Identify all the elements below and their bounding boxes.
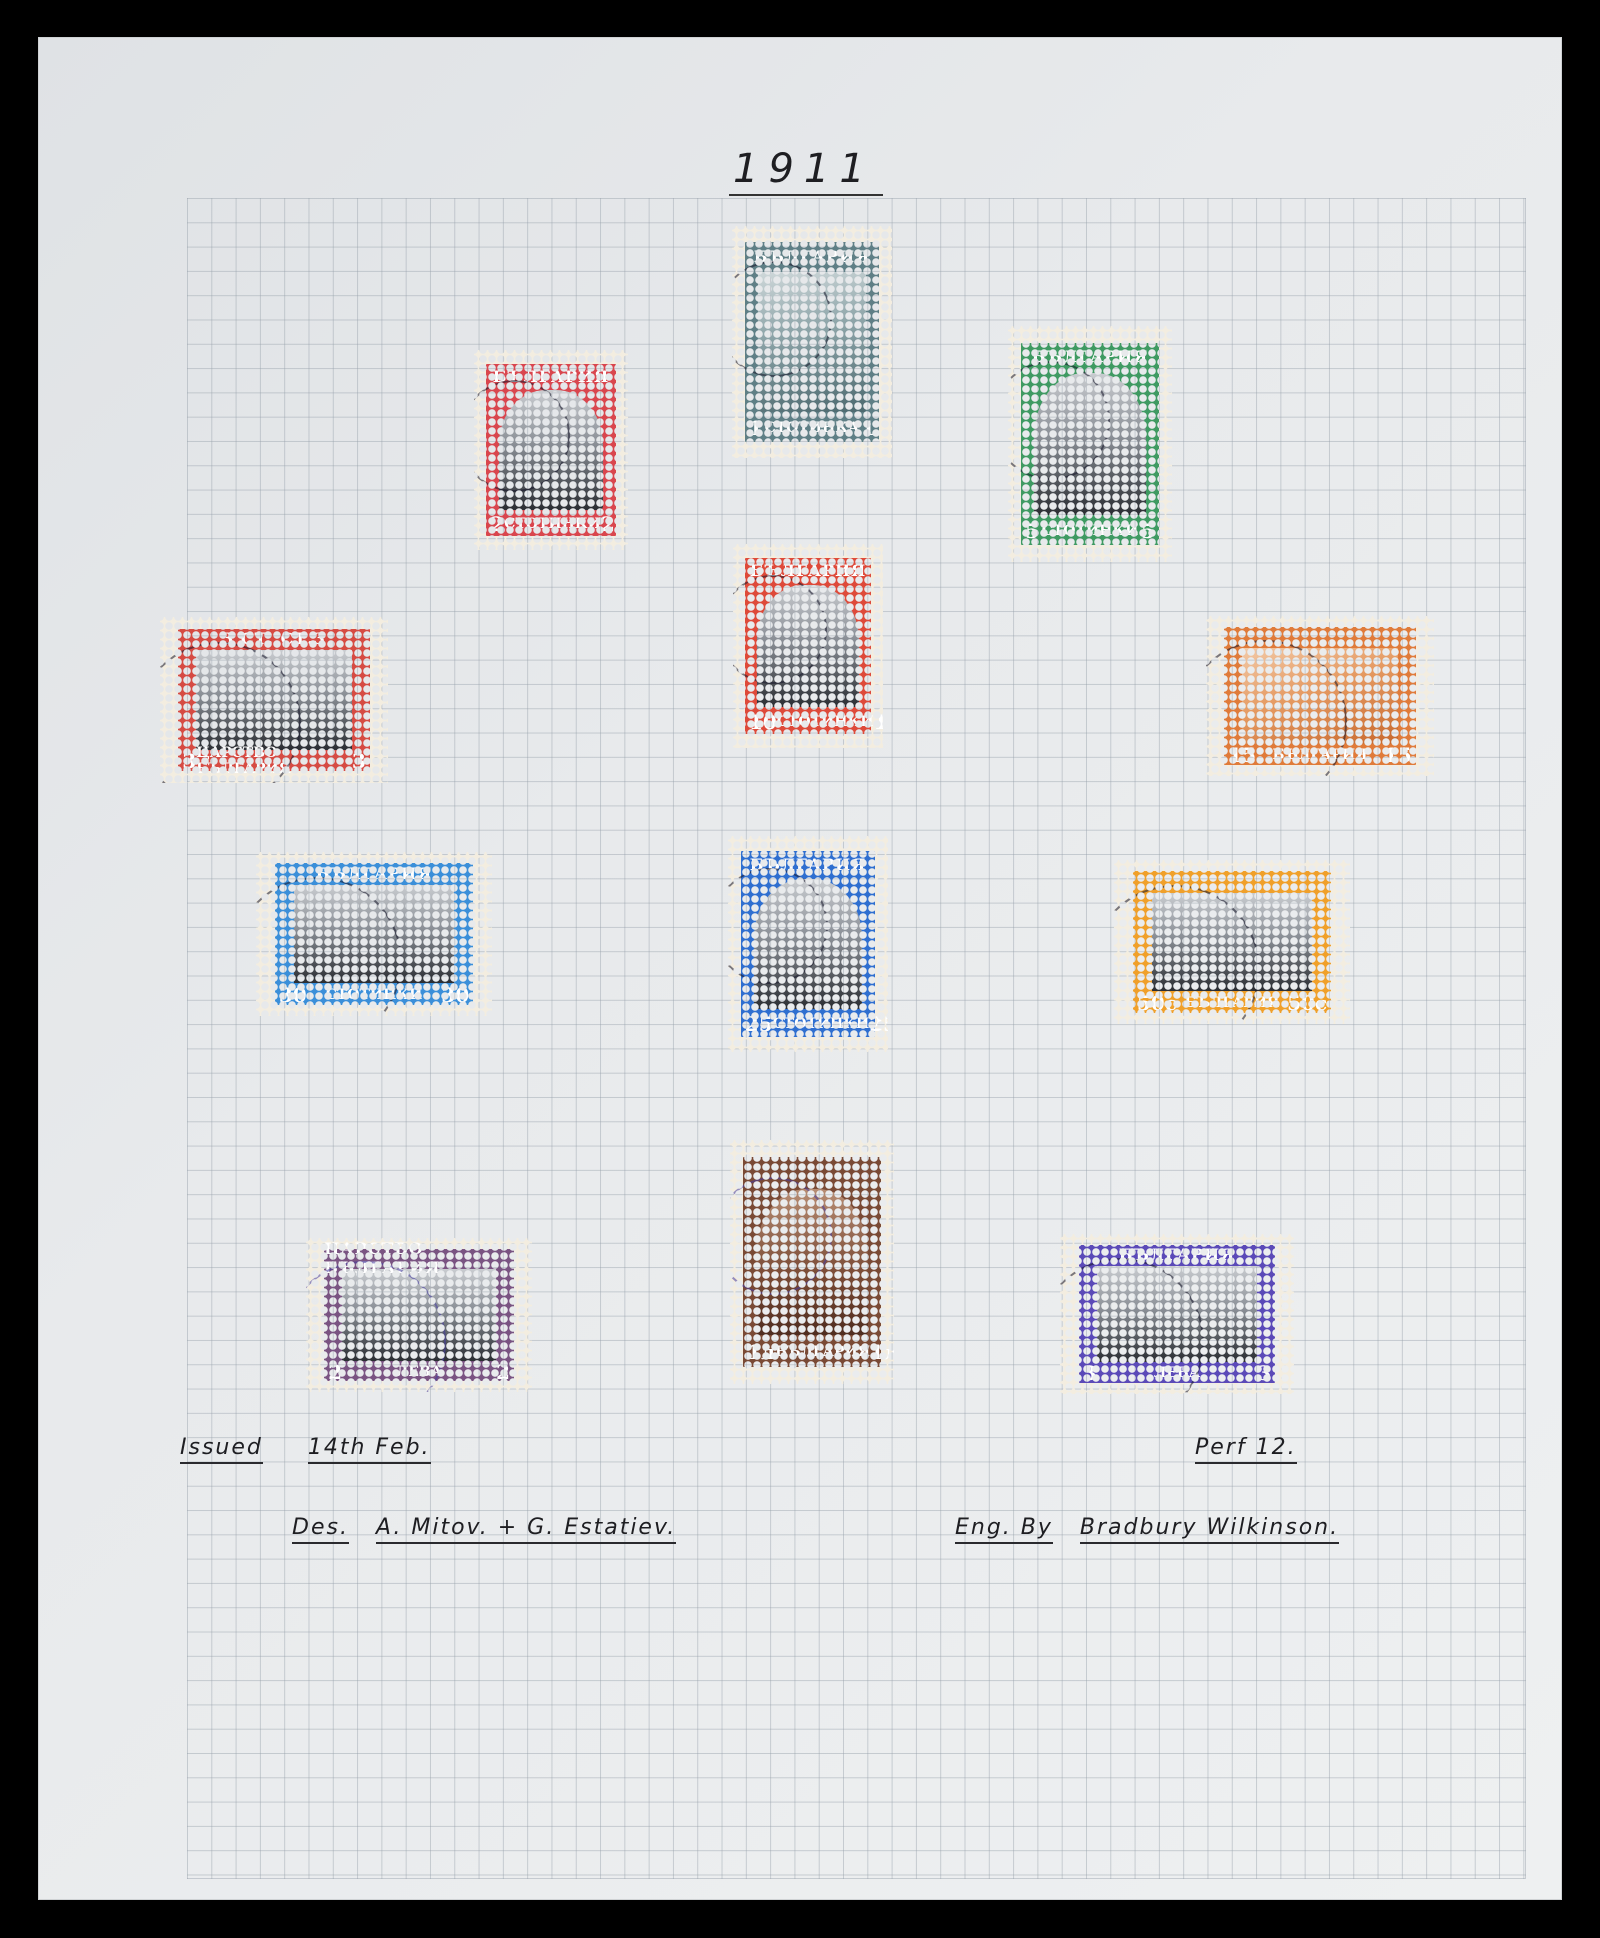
stamp-inscription: СТОТИНКИ bbox=[504, 516, 601, 532]
stamp-value: 50c bbox=[1287, 991, 1327, 1015]
stamp-value: 2 bbox=[490, 512, 504, 536]
stamp-value: 25 bbox=[745, 1012, 773, 1036]
engravers-names: Bradbury Wilkinson. bbox=[1080, 1515, 1339, 1544]
stamp-bottom-inscription: 2СТОТИНКИ2 bbox=[486, 512, 615, 536]
stamp-50-stotinki: 50cБЪЛГАРИЯ50c bbox=[1114, 860, 1350, 1024]
postmark-cancel bbox=[137, 642, 301, 806]
engravers-label: Eng. By bbox=[955, 1515, 1053, 1544]
stamp-2-leva: ЦАРСТВО БЪЛГАРИЯ2ЛЕВА2 bbox=[306, 1238, 532, 1392]
page-heading-year: 1911 bbox=[733, 146, 875, 192]
stamp-bottom-inscription: 25СТОТИНКИ25 bbox=[741, 1011, 875, 1037]
stamp-value: 30 bbox=[441, 983, 469, 1007]
stamp-value: 5 bbox=[1141, 519, 1155, 543]
stamp-inscription: СТОТИНКИ bbox=[777, 714, 874, 730]
stamp-1-lev: 1лБЪЛГАРИЯ1л bbox=[730, 1140, 894, 1384]
stamp-value: 1л bbox=[870, 1340, 898, 1364]
perf-value: Perf 12. bbox=[1195, 1435, 1297, 1464]
stamp-value: 3 bbox=[1257, 1361, 1271, 1385]
stamp-value: 5 bbox=[1025, 519, 1039, 543]
postmark-cancel bbox=[459, 380, 571, 492]
stamp-bottom-inscription: 1СТОТИНКА1 bbox=[745, 414, 879, 442]
stamp-value: 10 bbox=[749, 710, 777, 734]
stamp-2-stotinki: БЪЛГАРИЯ2СТОТИНКИ2 bbox=[474, 350, 628, 550]
postmark-cancel bbox=[714, 1177, 833, 1296]
stamp-15-stotinki: 15БЪЛГАРИЯ15 bbox=[1206, 616, 1434, 776]
stamp-3-stotinki: 3 СТ. СТ.33ЦАРСТВО БЪЛГАРИЯ3 bbox=[160, 617, 388, 783]
postmark-cancel bbox=[716, 261, 832, 377]
stamp-1-stotinka: БЪЛГАРИЯ1СТОТИНКА1 bbox=[732, 226, 892, 458]
engravers-note: Eng. By Bradbury Wilkinson. bbox=[955, 1515, 1339, 1540]
stamp-bottom-inscription: 1лБЪЛГАРИЯ1л bbox=[743, 1338, 881, 1367]
stamp-value: 3 bbox=[352, 749, 366, 773]
stamp-inscription: СТОТИНКА bbox=[765, 420, 860, 436]
designers-names: A. Mitov. + G. Estatiev. bbox=[376, 1515, 676, 1544]
issued-date: 14th Feb. bbox=[308, 1435, 431, 1464]
issued-label: Issued bbox=[180, 1435, 263, 1464]
postmark-cancel bbox=[718, 575, 827, 684]
postmark-cancel bbox=[992, 361, 1111, 480]
stamp-bottom-inscription: 10СТОТИНКИ10 bbox=[745, 709, 871, 733]
stamp-value: 2 bbox=[601, 512, 615, 536]
stamp-30-stotinki: БЪЛГАРИЯ30СТОТИНКИ30 bbox=[256, 852, 492, 1016]
stamp-3-leva: БЪЛГАРИЯ3ЛЕВА3 bbox=[1060, 1234, 1294, 1394]
perf-note: Perf 12. bbox=[1195, 1435, 1297, 1460]
designers-note: Des. A. Mitov. + G. Estatiev. bbox=[292, 1515, 676, 1540]
stamp-value: 15 bbox=[1384, 743, 1412, 767]
stamp-value: 1 bbox=[861, 416, 875, 440]
stamp-value: 2 bbox=[496, 1360, 510, 1384]
stamp-10-stotinki: БЪЛГАРИЯ10СТОТИНКИ10 bbox=[733, 544, 883, 748]
stamp-value: 1 bbox=[749, 416, 763, 440]
stamp-value: 1л bbox=[747, 1340, 775, 1364]
issued-note: Issued 14th Feb. bbox=[180, 1435, 431, 1460]
stamp-5-stotinki: БЪЛГАРИЯ5СТОТИНКИ5 bbox=[1008, 326, 1172, 562]
designers-label: Des. bbox=[292, 1515, 349, 1544]
stamp-inscription: СТОТИНКИ bbox=[1042, 523, 1139, 539]
stamp-inscription: СТОТИНКИ bbox=[773, 1016, 870, 1032]
postmark-cancel bbox=[712, 868, 828, 984]
stamp-inscription: БЪЛГАРИЯ bbox=[775, 1344, 870, 1360]
stamp-bottom-inscription: 5СТОТИНКИ5 bbox=[1021, 517, 1159, 545]
stamp-25-stotinki: БЪЛГАРИЯ25СТОТИНКИ25 bbox=[728, 836, 888, 1052]
